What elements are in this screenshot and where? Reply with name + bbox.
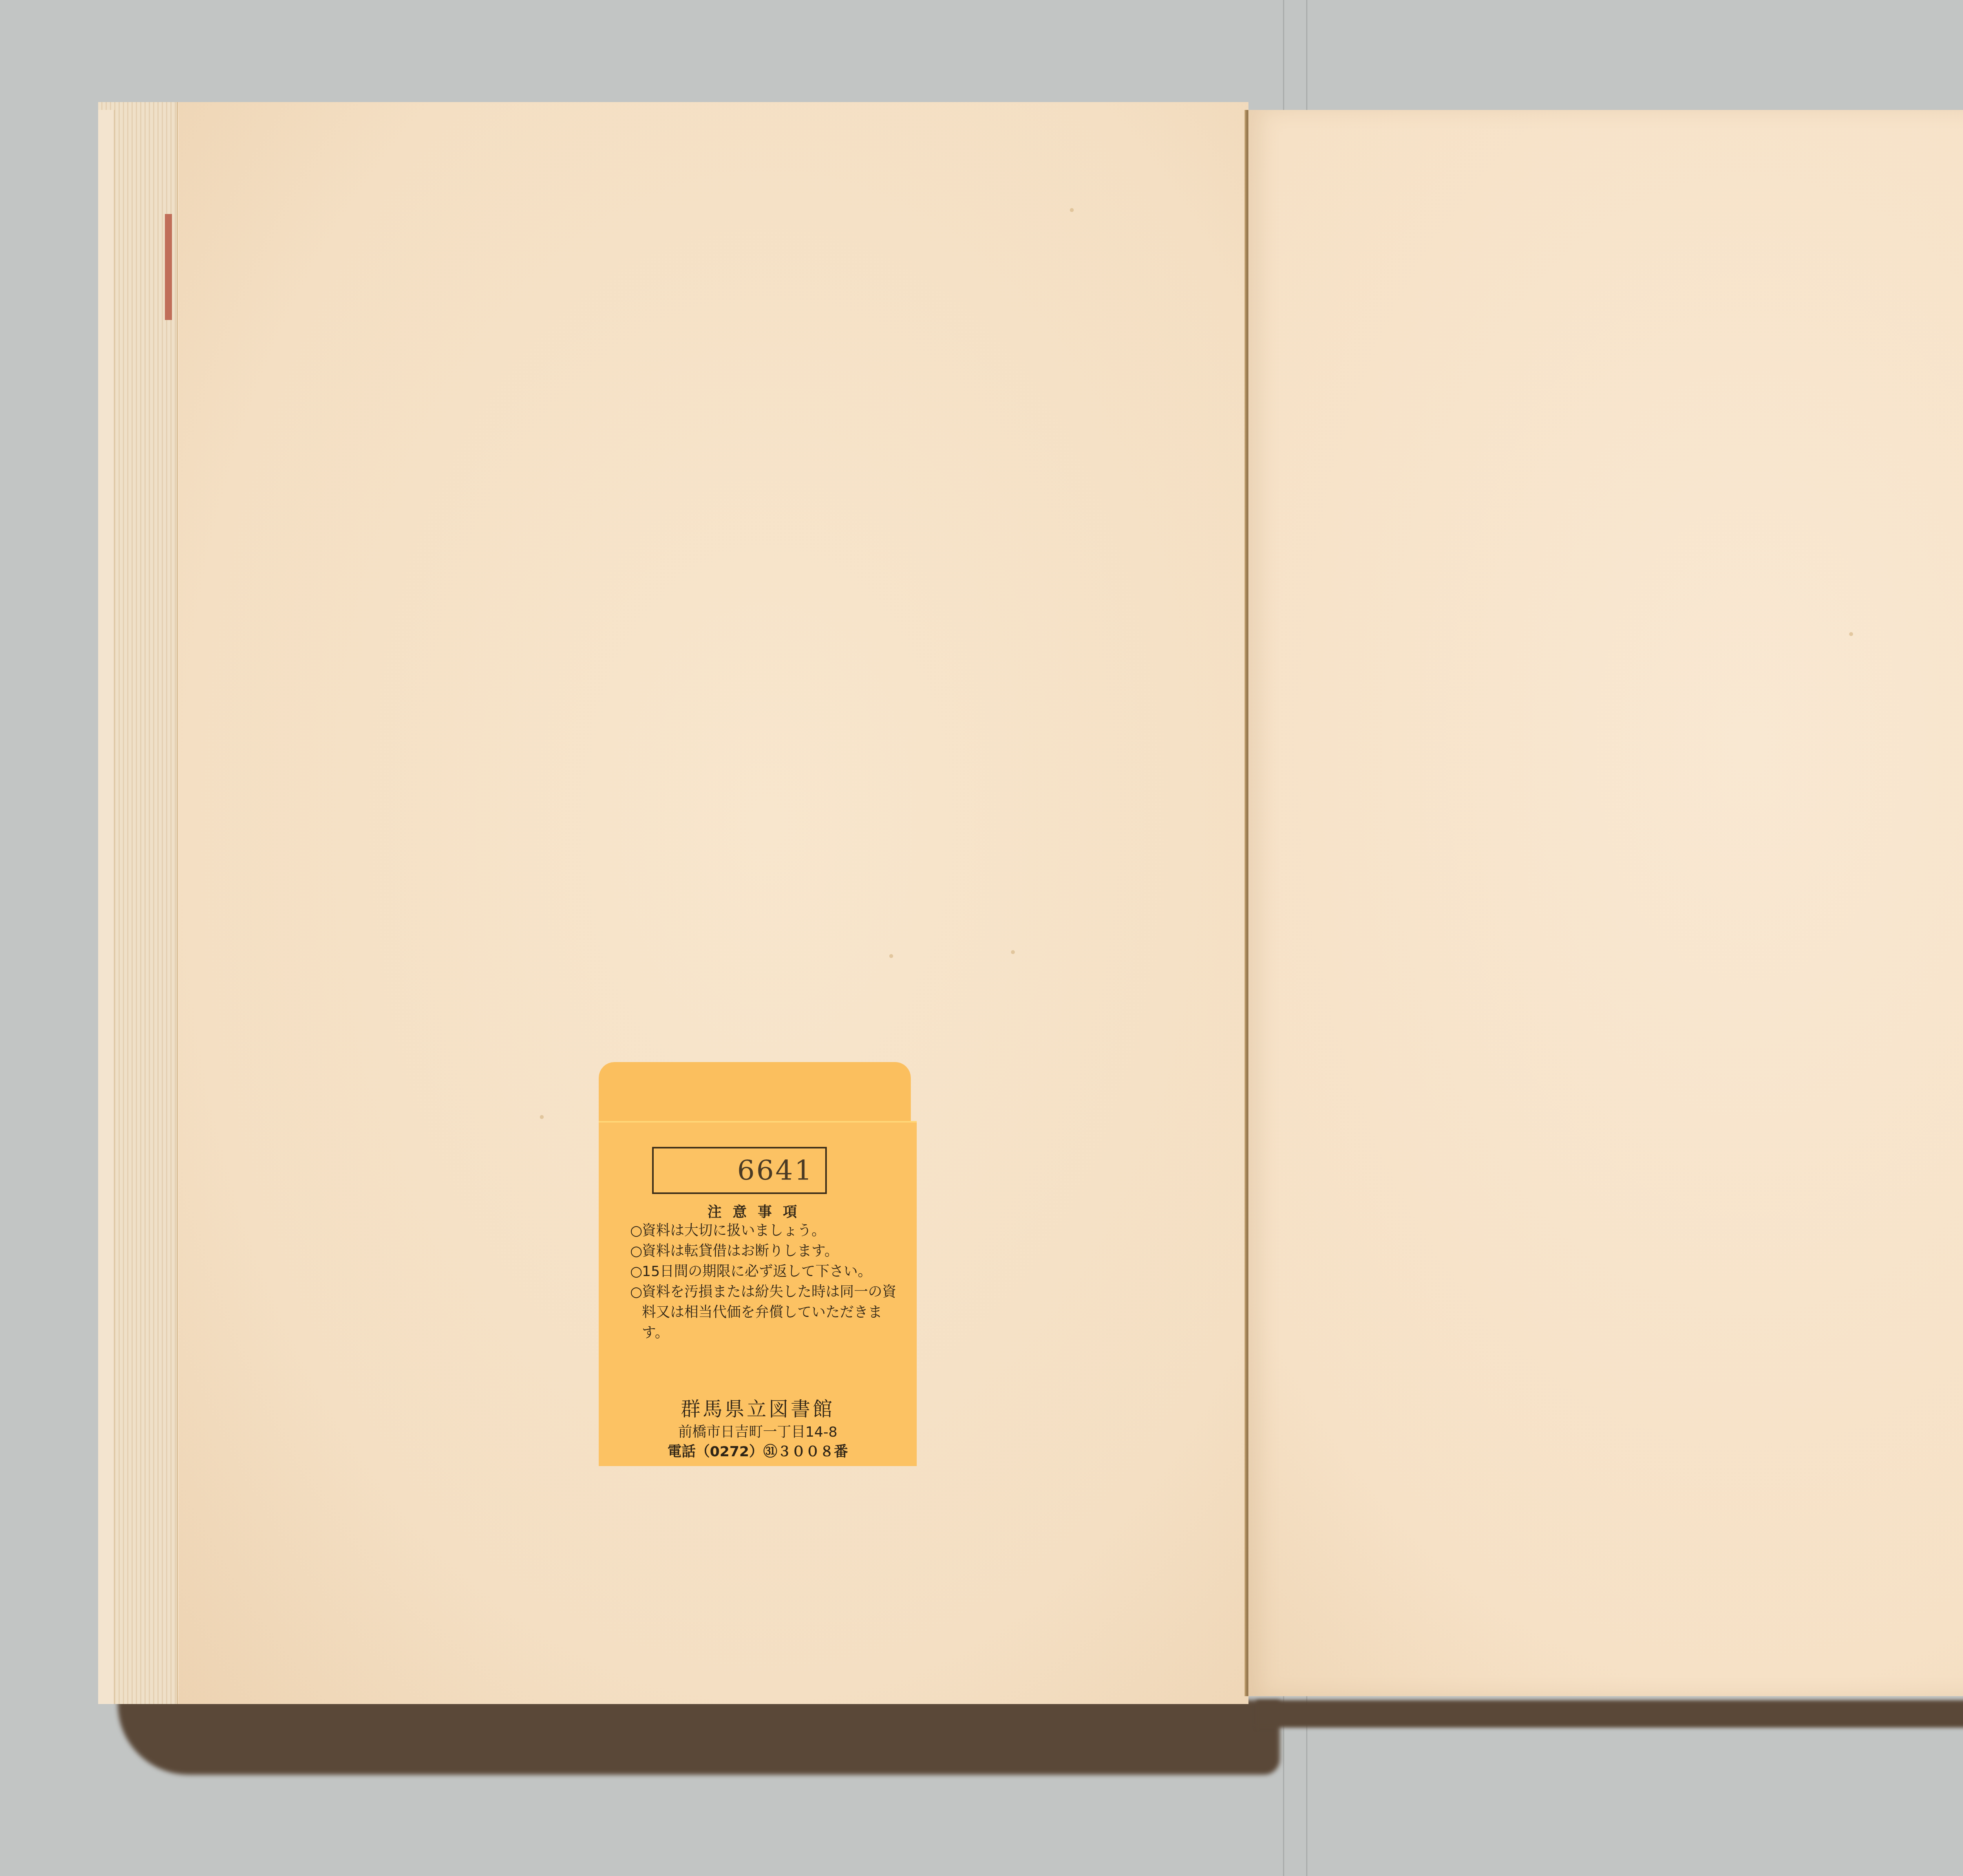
notice-rules-list: ○ 資料は大切に扱いましょう。 ○ 資料は転貸借はお断りします。 ○ 15日間の… (630, 1221, 905, 1343)
book-shadow-left (118, 1700, 1280, 1775)
call-number-box: 6641 (652, 1147, 827, 1194)
rule-text: 資料は転貸借はお断りします。 (642, 1241, 839, 1262)
foxing-spot (1849, 632, 1853, 636)
rule-text: 資料を汚損または紛失した時は同一の資料又は相当代価を弁償していただきます。 (642, 1282, 905, 1343)
right-page (1248, 110, 1963, 1696)
book-shadow-right (1256, 1700, 1963, 1728)
foxing-spot (540, 1115, 544, 1119)
foxing-spot (1070, 208, 1074, 212)
library-name: 群馬県立図書館 (599, 1393, 917, 1422)
circle-bullet-icon: ○ (630, 1221, 642, 1241)
library-phone: 電話（0272）㉛３００８番 (599, 1441, 917, 1461)
foxing-spot (1011, 950, 1015, 954)
rule-text: 15日間の期限に必ず返して下さい。 (642, 1262, 872, 1282)
rule-text: 資料は大切に扱いましょう。 (642, 1221, 826, 1241)
notice-rule: ○ 15日間の期限に必ず返して下さい。 (630, 1262, 905, 1282)
circle-bullet-icon: ○ (630, 1282, 642, 1343)
notice-rule: ○ 資料を汚損または紛失した時は同一の資料又は相当代価を弁償していただきます。 (630, 1282, 905, 1343)
library-card-pocket: 6641 注意事項 ○ 資料は大切に扱いましょう。 ○ 資料は転貸借はお断りしま… (599, 1121, 917, 1466)
red-bookmark-ribbon (165, 214, 172, 320)
notice-heading: 注意事項 (599, 1201, 917, 1221)
library-address: 前橋市日吉町一丁目14-8 (599, 1421, 917, 1441)
foxing-spot (889, 954, 893, 958)
cover-edge (98, 110, 115, 1704)
notice-rule: ○ 資料は大切に扱いましょう。 (630, 1221, 905, 1241)
circle-bullet-icon: ○ (630, 1241, 642, 1262)
circle-bullet-icon: ○ (630, 1262, 642, 1282)
notice-rule: ○ 資料は転貸借はお断りします。 (630, 1241, 905, 1262)
call-number: 6641 (737, 1154, 813, 1187)
